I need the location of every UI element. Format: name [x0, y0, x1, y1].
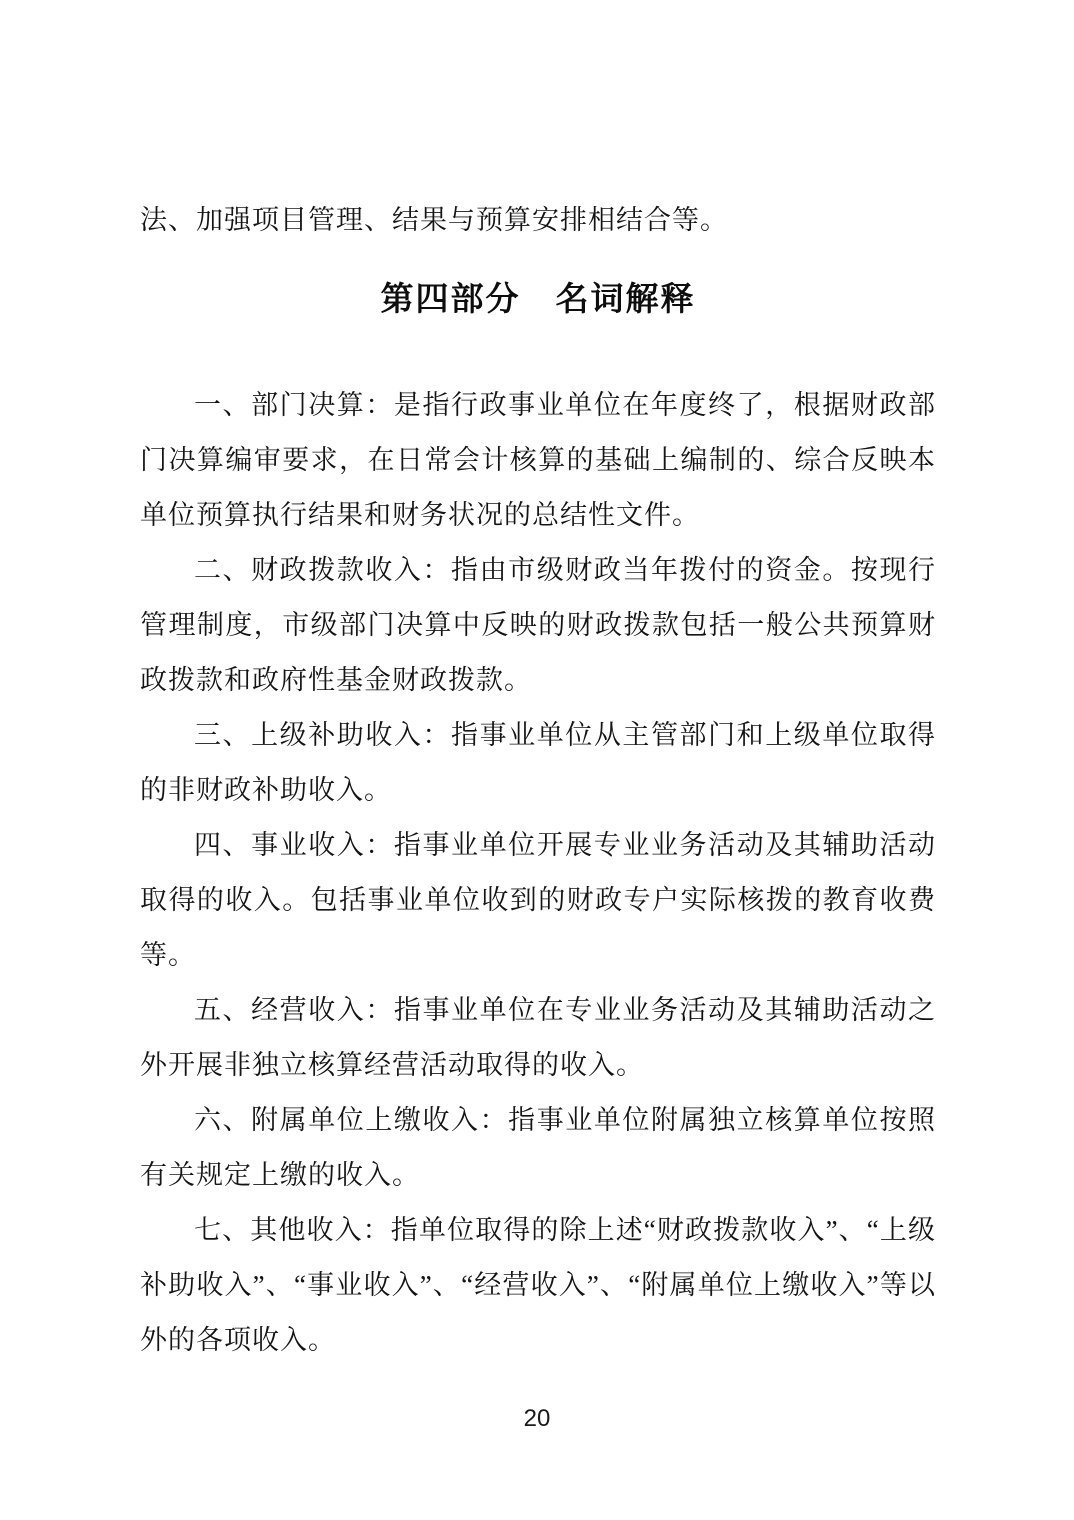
definition-paragraph-1: 一、部门决算：是指行政事业单位在年度终了，根据财政部门决算编审要求，在日常会计核… — [140, 378, 936, 543]
definition-paragraph-3: 三、上级补助收入：指事业单位从主管部门和上级单位取得的非财政补助收入。 — [140, 708, 936, 818]
definition-paragraph-6: 六、附属单位上缴收入：指事业单位附属独立核算单位按照有关规定上缴的收入。 — [140, 1093, 936, 1203]
document-content: 法、加强项目管理、结果与预算安排相结合等。 第四部分 名词解释 一、部门决算：是… — [140, 195, 936, 1368]
definition-paragraph-2: 二、财政拨款收入：指由市级财政当年拨付的资金。按现行管理制度，市级部门决算中反映… — [140, 543, 936, 708]
section-heading: 第四部分 名词解释 — [140, 275, 936, 323]
definition-paragraph-4: 四、事业收入：指事业单位开展专业业务活动及其辅助活动取得的收入。包括事业单位收到… — [140, 818, 936, 983]
definition-paragraph-5: 五、经营收入：指事业单位在专业业务活动及其辅助活动之外开展非独立核算经营活动取得… — [140, 983, 936, 1093]
body-text: 一、部门决算：是指行政事业单位在年度终了，根据财政部门决算编审要求，在日常会计核… — [140, 378, 936, 1368]
page-number: 20 — [524, 1405, 551, 1432]
document-page: 法、加强项目管理、结果与预算安排相结合等。 第四部分 名词解释 一、部门决算：是… — [0, 0, 1074, 1520]
definition-paragraph-7: 七、其他收入：指单位取得的除上述“财政拨款收入”、“上级补助收入”、“事业收入”… — [140, 1203, 936, 1368]
page-footer: 20 — [0, 1405, 1074, 1433]
continuation-line: 法、加强项目管理、结果与预算安排相结合等。 — [140, 195, 936, 245]
